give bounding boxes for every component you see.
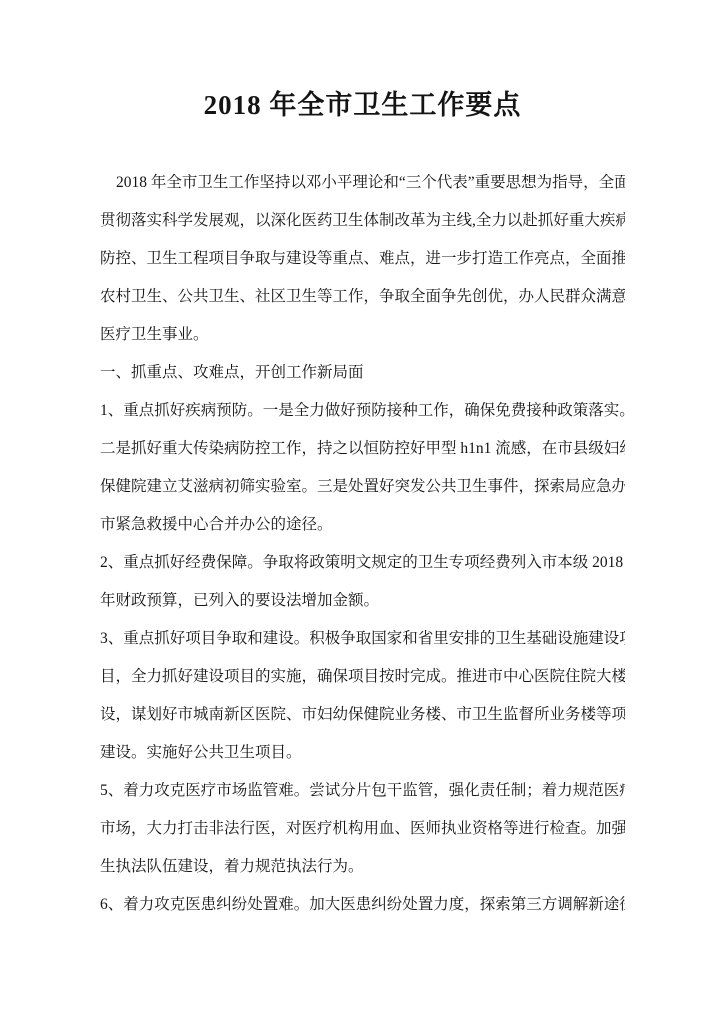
text-line: 2、重点抓好经费保障。争取将政策明文规定的卫生专项经费列入市本级 2018 (100, 544, 625, 582)
text-line: 建设。实施好公共卫生项目。 (100, 734, 625, 772)
document-body: 2018 年全市卫生工作坚持以邓小平理论和“三个代表”重要思想为指导，全面贯彻落… (100, 164, 625, 924)
text-line: 生执法队伍建设，着力规范执法行为。 (100, 848, 625, 886)
text-line: 贯彻落实科学发展观，以深化医药卫生体制改革为主线,全力以赴抓好重大疾病 (100, 202, 625, 240)
text-line: 一、抓重点、攻难点，开创工作新局面 (100, 354, 625, 392)
text-line: 保健院建立艾滋病初筛实验室。三是处置好突发公共卫生事件，探索局应急办与 (100, 468, 625, 506)
text-line: 市紧急救援中心合并办公的途径。 (100, 506, 625, 544)
document-page: 2018 年全市卫生工作要点 2018 年全市卫生工作坚持以邓小平理论和“三个代… (0, 0, 721, 1020)
text-line: 目，全力抓好建设项目的实施，确保项目按时完成。推进市中心医院住院大楼建 (100, 658, 625, 696)
text-line: 二是抓好重大传染病防控工作，持之以恒防控好甲型 h1n1 流感，在市县级妇幼 (100, 430, 625, 468)
text-line: 5、着力攻克医疗市场监管难。尝试分片包干监管，强化责任制；着力规范医疗 (100, 772, 625, 810)
text-line: 3、重点抓好项目争取和建设。积极争取国家和省里安排的卫生基础设施建设项 (100, 620, 625, 658)
text-line: 医疗卫生事业。 (100, 316, 625, 354)
text-line: 6、着力攻克医患纠纷处置难。加大医患纠纷处置力度，探索第三方调解新途径。 (100, 886, 625, 924)
text-line: 农村卫生、公共卫生、社区卫生等工作，争取全面争先创优，办人民群众满意的 (100, 278, 625, 316)
text-line: 防控、卫生工程项目争取与建设等重点、难点，进一步打造工作亮点，全面推进 (100, 240, 625, 278)
text-line: 1、重点抓好疾病预防。一是全力做好预防接种工作，确保免费接种政策落实。 (100, 392, 625, 430)
text-line: 年财政预算，已列入的要设法增加金额。 (100, 582, 625, 620)
document-title: 2018 年全市卫生工作要点 (100, 90, 625, 120)
text-line: 2018 年全市卫生工作坚持以邓小平理论和“三个代表”重要思想为指导，全面 (100, 164, 625, 202)
text-line: 设，谋划好市城南新区医院、市妇幼保健院业务楼、市卫生监督所业务楼等项目 (100, 696, 625, 734)
text-line: 市场，大力打击非法行医，对医疗机构用血、医师执业资格等进行检查。加强卫 (100, 810, 625, 848)
